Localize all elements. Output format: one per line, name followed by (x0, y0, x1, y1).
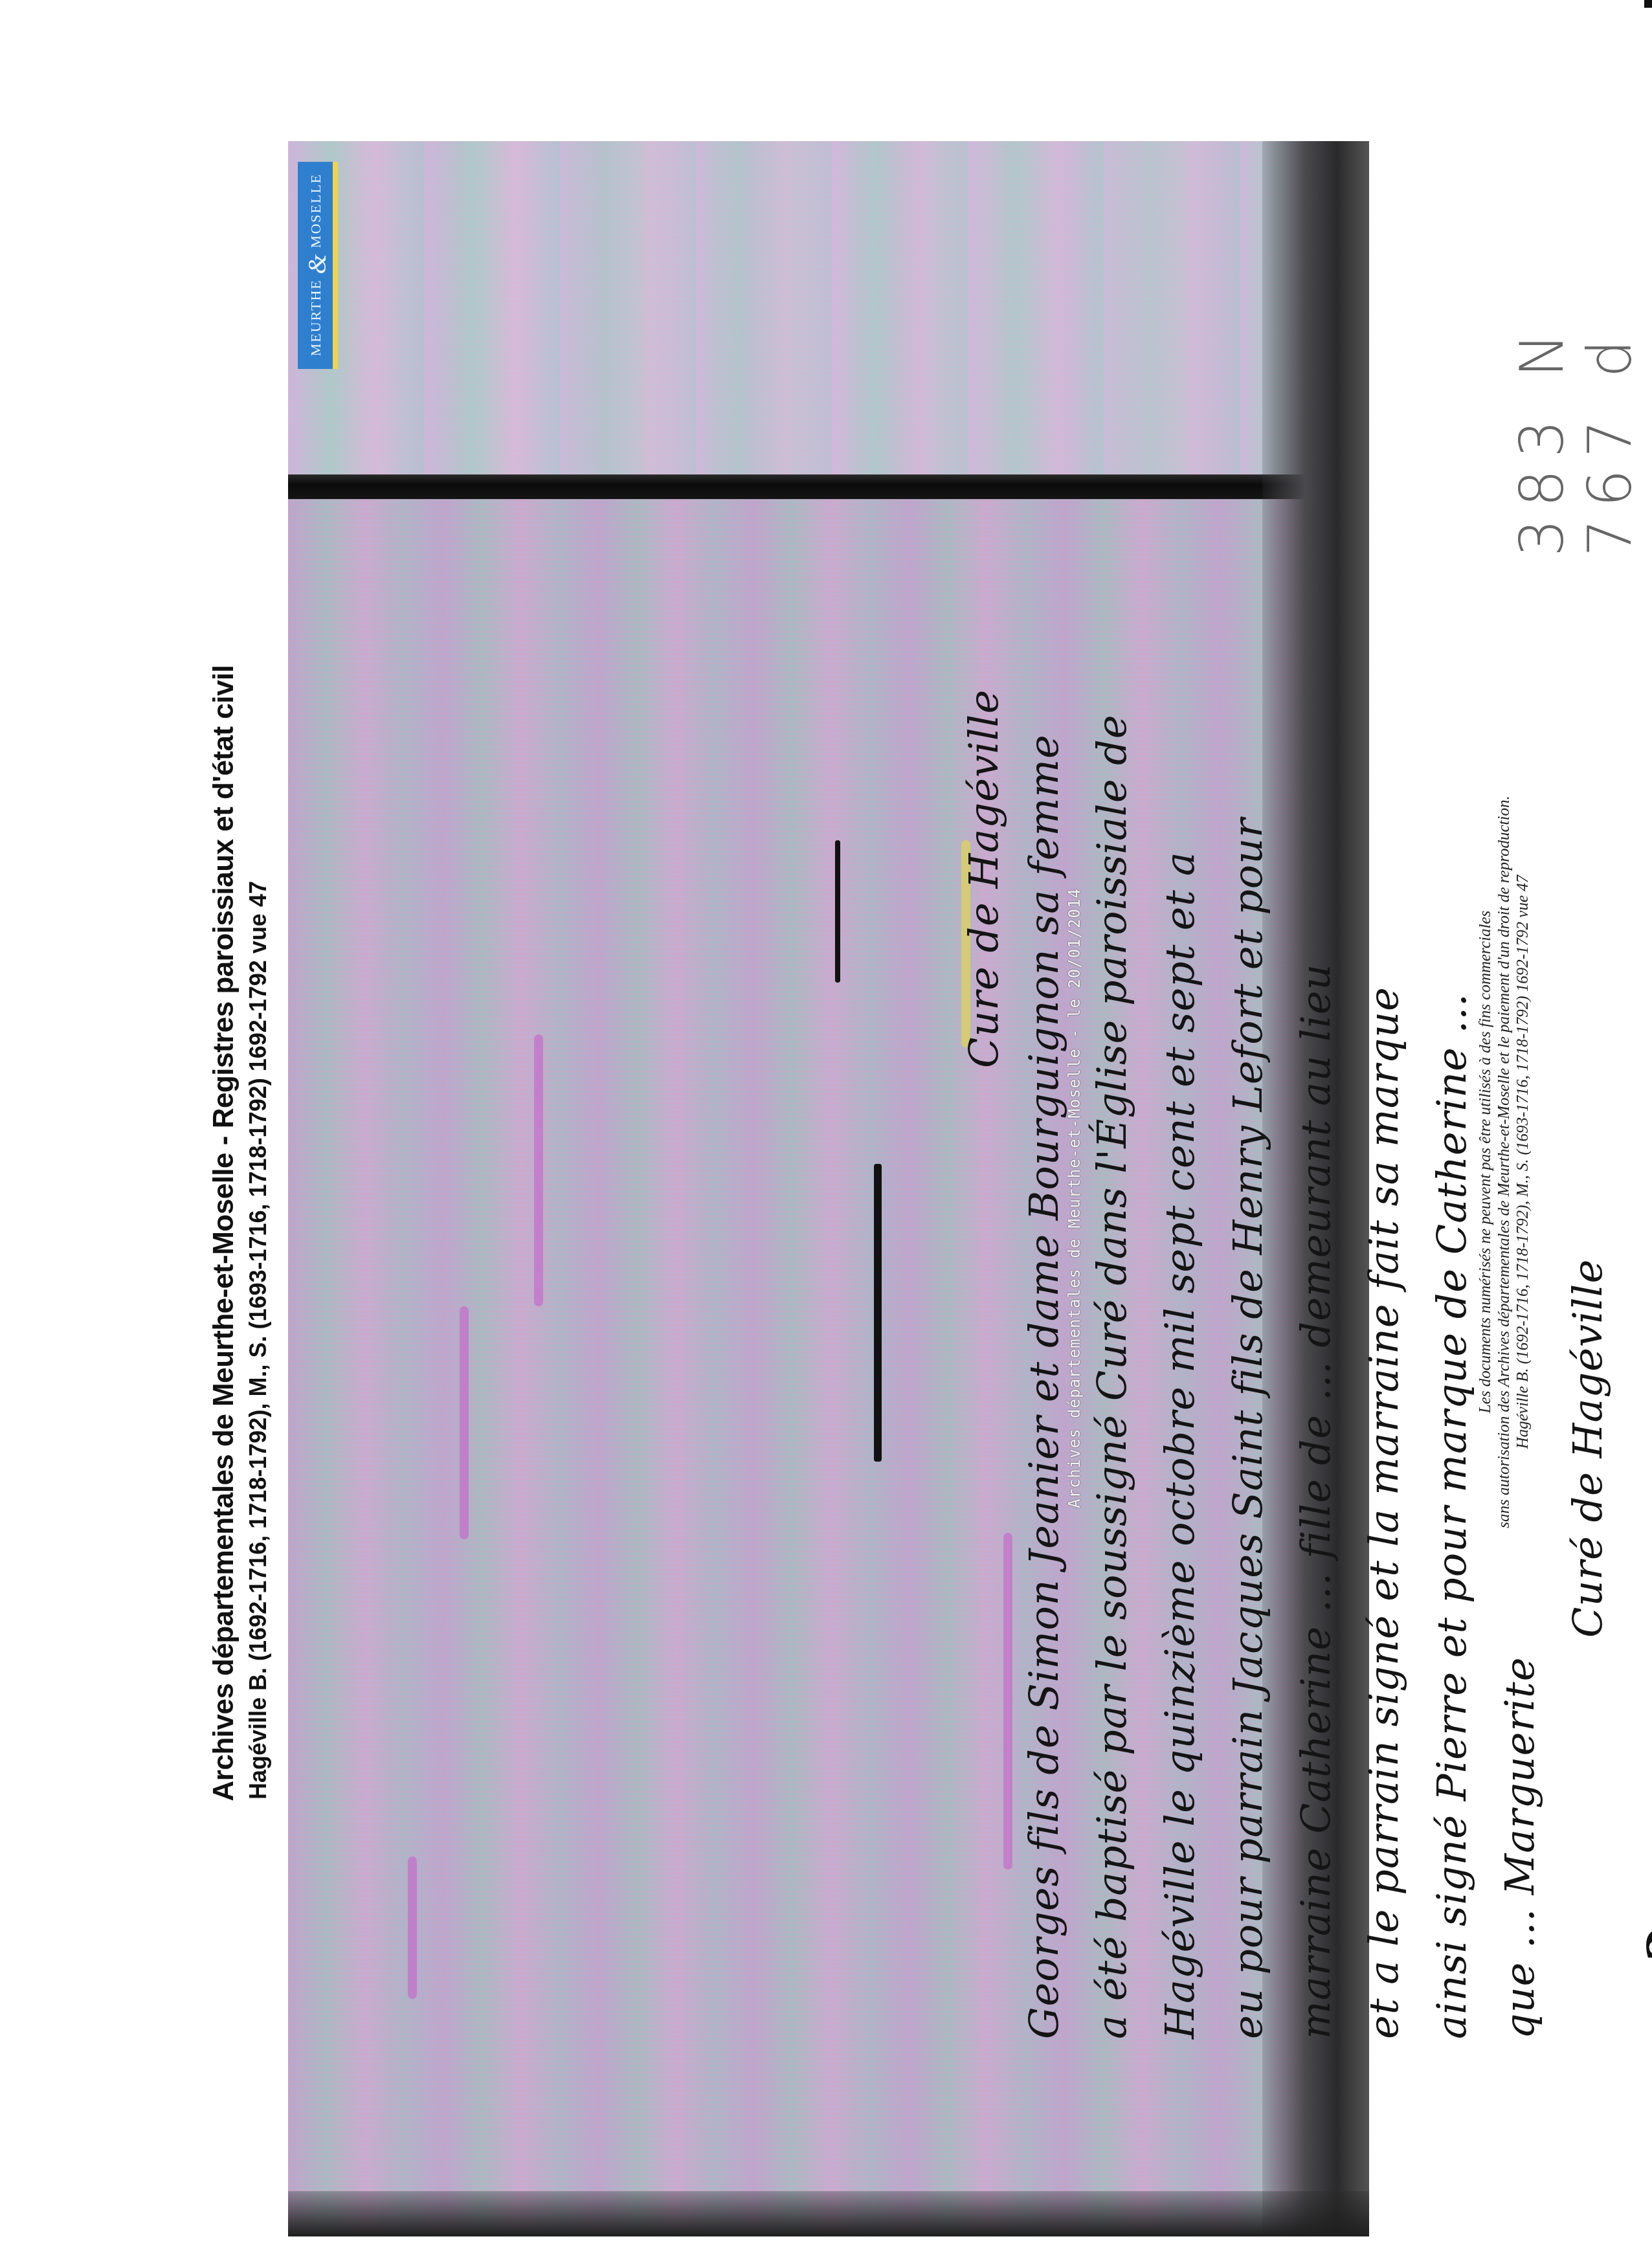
page-bottom-shadow (288, 2191, 1369, 2236)
entry-line: Hagéville le quinzième octobre mil sept … (1146, 388, 1214, 2039)
pencil-annotation-line: 383 N (1508, 246, 1576, 557)
document-header: Archives départementales de Meurthe-et-M… (206, 505, 284, 1961)
entry-separator-line (874, 1164, 882, 1462)
entry-line: et a le parrain signé et la marraine fai… (1350, 388, 1418, 2039)
entry-line: marraine Catherine ... fille de ... deme… (1282, 388, 1350, 2039)
ampersand-icon: & (302, 253, 331, 274)
logo-word-moselle: MOSELLE (307, 173, 324, 248)
meurthe-et-moselle-logo: MEURTHE & MOSELLE (298, 162, 338, 369)
highlight-mark (534, 1034, 543, 1306)
scan-edge-mark (1644, 0, 1652, 8)
usage-notice-line: Hagéville B. (1692-1716, 1718-1792), M.,… (1513, 757, 1532, 1566)
archive-title: Archives départementales de Meurthe-et-M… (206, 505, 242, 1961)
archive-watermark: Archives départementales de Meurthe-et-M… (1062, 764, 1088, 1508)
entry-line: eu pour parrain Jacques Saint fils de He… (1214, 388, 1282, 2039)
highlight-mark (408, 1856, 417, 1999)
entry-line: a été baptisé par le soussigné Curé dans… (1078, 388, 1146, 2039)
logo-word-meurthe: MEURTHE (307, 279, 324, 356)
register-subtitle: Hagéville B. (1692-1716, 1718-1792), M.,… (242, 505, 274, 1961)
logo-text: MEURTHE & MOSELLE (302, 164, 330, 365)
highlight-mark (460, 1306, 469, 1539)
pencil-annotation: 383 N 767 d (1508, 246, 1651, 557)
usage-notice: Les documents numérisés ne peuvent pas ê… (1476, 757, 1567, 1566)
parish-heading: Cure de Hagéville (958, 388, 1010, 2039)
usage-notice-line: sans autorisation des Archives départeme… (1495, 757, 1513, 1566)
pencil-annotation-line: 767 d (1576, 246, 1644, 557)
usage-notice-line: Les documents numérisés ne peuvent pas ê… (1476, 757, 1495, 1566)
entry-closing-flourish (835, 840, 840, 983)
entry-number: 2 (1622, 388, 1652, 2039)
